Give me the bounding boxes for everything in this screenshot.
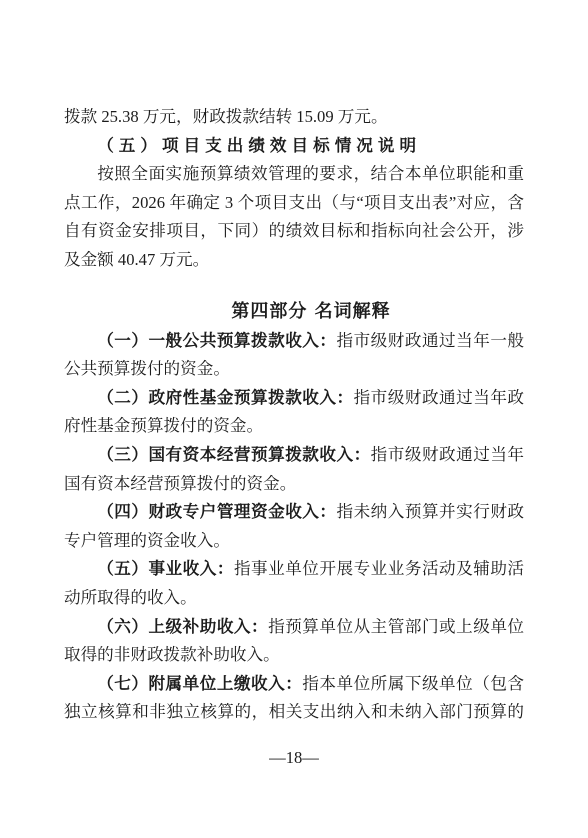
definition-item: （一）一般公共预算拨款收入：指市级财政通过当年一般公共预算拨付的资金。: [64, 327, 524, 384]
definitions-list: （一）一般公共预算拨款收入：指市级财政通过当年一般公共预算拨付的资金。（二）政府…: [64, 327, 524, 727]
paragraph-continuation: 拨款 25.38 万元，财政拨款结转 15.09 万元。: [64, 103, 524, 132]
document-page: 拨款 25.38 万元，财政拨款结转 15.09 万元。 （五）项目支出绩效目标…: [0, 0, 588, 838]
definition-item: （六）上级补助收入：指预算单位从主管部门或上级单位取得的非财政拨款补助收入。: [64, 613, 524, 670]
definition-item: （三）国有资本经营预算拨款收入：指市级财政通过当年国有资本经营预算拨付的资金。: [64, 441, 524, 498]
page-content: 拨款 25.38 万元，财政拨款结转 15.09 万元。 （五）项目支出绩效目标…: [0, 0, 588, 772]
definition-term: （三）国有资本经营预算拨款收入：: [97, 445, 370, 464]
definition-term: （四）财政专户管理资金收入：: [97, 502, 336, 521]
definition-item: （四）财政专户管理资金收入：指未纳入预算并实行财政专户管理的资金收入。: [64, 498, 524, 555]
definition-term: （五）事业收入：: [97, 559, 234, 578]
definition-item: （五）事业收入：指事业单位开展专业业务活动及辅助活动所取得的收入。: [64, 555, 524, 612]
definition-item: （二）政府性基金预算拨款收入：指市级财政通过当年政府性基金预算拨付的资金。: [64, 384, 524, 441]
paragraph-performance-targets: 按照全面实施预算绩效管理的要求，结合本单位职能和重点工作，2026 年确定 3 …: [64, 160, 524, 274]
definition-item: （七）附属单位上缴收入：指本单位所属下级单位（包含独立核算和非独立核算的，相关支…: [64, 670, 524, 727]
definition-term: （一）一般公共预算拨款收入：: [97, 331, 336, 350]
subsection-heading: （五）项目支出绩效目标情况说明: [64, 132, 524, 161]
definition-term: （六）上级补助收入：: [97, 617, 268, 636]
page-number: —18—: [64, 744, 524, 772]
section-title: 第四部分 名词解释: [64, 297, 524, 327]
definition-term: （七）附属单位上缴收入：: [97, 674, 302, 693]
definition-term: （二）政府性基金预算拨款收入：: [97, 388, 353, 407]
